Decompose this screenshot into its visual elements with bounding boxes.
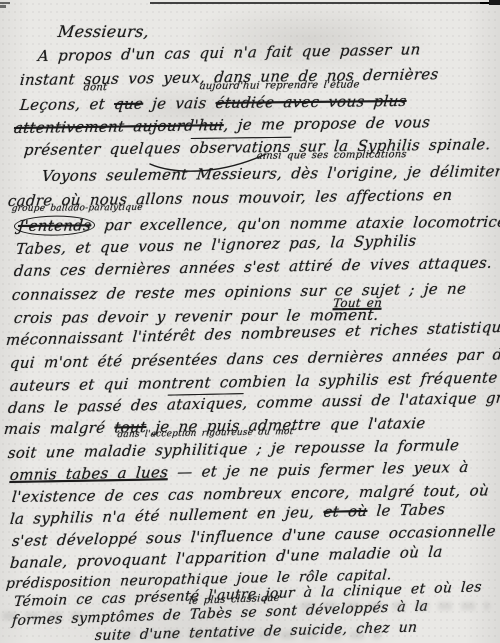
text-segment: dans ces dernières années s'est attiré d… bbox=[13, 253, 500, 280]
print-bleed-through bbox=[300, 602, 490, 610]
manuscript-line: Leçons, et que je vais étudiée avec vous… bbox=[19, 92, 407, 114]
scan-edge-artifact bbox=[0, 2, 500, 4]
interline-insertion: dont bbox=[83, 82, 108, 93]
manuscript-line: A propos d'un cas qui n'a fait que passe… bbox=[37, 40, 421, 65]
manuscript-line: attentivement aujourd'hui, je me propose… bbox=[13, 113, 431, 137]
text-segment: connaissez de reste mes opinions sur ce … bbox=[11, 280, 467, 304]
text-segment: le Tabes bbox=[367, 500, 446, 520]
text-segment: attentivement aujourd'hui bbox=[13, 116, 224, 137]
interline-insertion: ainsi que ses complications bbox=[256, 149, 407, 162]
text-segment: mais malgré bbox=[3, 418, 115, 438]
interline-insertion: Tout en bbox=[332, 296, 382, 310]
manuscript-line: qui m'ont été présentées dans ces derniè… bbox=[9, 345, 500, 372]
text-segment: J'entends bbox=[13, 215, 96, 236]
print-bleed-through bbox=[120, 631, 382, 639]
print-bleed-through bbox=[2, 612, 84, 620]
manuscript-line: J'entends par excellence, qu'on nomme at… bbox=[13, 213, 500, 235]
manuscript-line: Tabes, et que vous ne l'ignorez pas, la … bbox=[15, 232, 417, 258]
manuscript-line: connaissez de reste mes opinions sur ce … bbox=[11, 280, 467, 304]
text-segment: qui m'ont été présentées dans ces derniè… bbox=[9, 345, 500, 372]
margin-note: groupe ballado-paralytique bbox=[11, 203, 143, 214]
text-segment: que bbox=[113, 95, 144, 113]
scan-corner-artifact bbox=[489, 0, 500, 5]
interline-insertion: dans l'acception rigoureuse du mot bbox=[117, 427, 294, 440]
text-segment: je vais bbox=[142, 94, 216, 113]
text-segment: ataxiques bbox=[166, 394, 243, 414]
text-segment: omnis tabes a lues bbox=[9, 463, 169, 484]
text-segment: par excellence, qu'on nomme ataxie locom… bbox=[94, 213, 500, 235]
text-segment: , je me propose de vous bbox=[223, 113, 431, 134]
text-segment: , comme aussi de l'ataxique groupe bbox=[242, 388, 500, 412]
text-segment: la syphilis n'a été nullement en jeu, bbox=[9, 503, 324, 528]
text-segment: Leçons, et bbox=[19, 95, 115, 114]
text-segment: A propos d'un cas qui n'a fait que passe… bbox=[37, 40, 421, 65]
text-segment: — et je ne puis fermer les yeux à bbox=[167, 458, 469, 481]
text-segment: Messieurs, bbox=[57, 22, 150, 41]
manuscript-line: soit une maladie syphilitique ; je repou… bbox=[7, 436, 460, 462]
manuscript-line: Messieurs, bbox=[57, 22, 150, 41]
manuscript-page: Messieurs,A propos d'un cas qui n'a fait… bbox=[0, 0, 500, 643]
text-segment: étudiée avec vous plus bbox=[215, 92, 408, 112]
interline-insertion: aujourd'hui reprendre l'étude bbox=[199, 79, 360, 92]
text-segment: Tabes, et que vous ne l'ignorez pas, la … bbox=[15, 232, 417, 258]
ink-flourish bbox=[148, 150, 278, 182]
text-segment: et où bbox=[323, 502, 368, 521]
manuscript-line: omnis tabes a lues — et je ne puis ferme… bbox=[9, 458, 469, 484]
text-segment: soit une maladie syphilitique ; je repou… bbox=[7, 436, 460, 462]
manuscript-line: dans ces dernières années s'est attiré d… bbox=[13, 253, 500, 280]
scan-edge-artifact bbox=[0, 5, 6, 8]
text-segment: dans le passé des bbox=[7, 396, 168, 417]
